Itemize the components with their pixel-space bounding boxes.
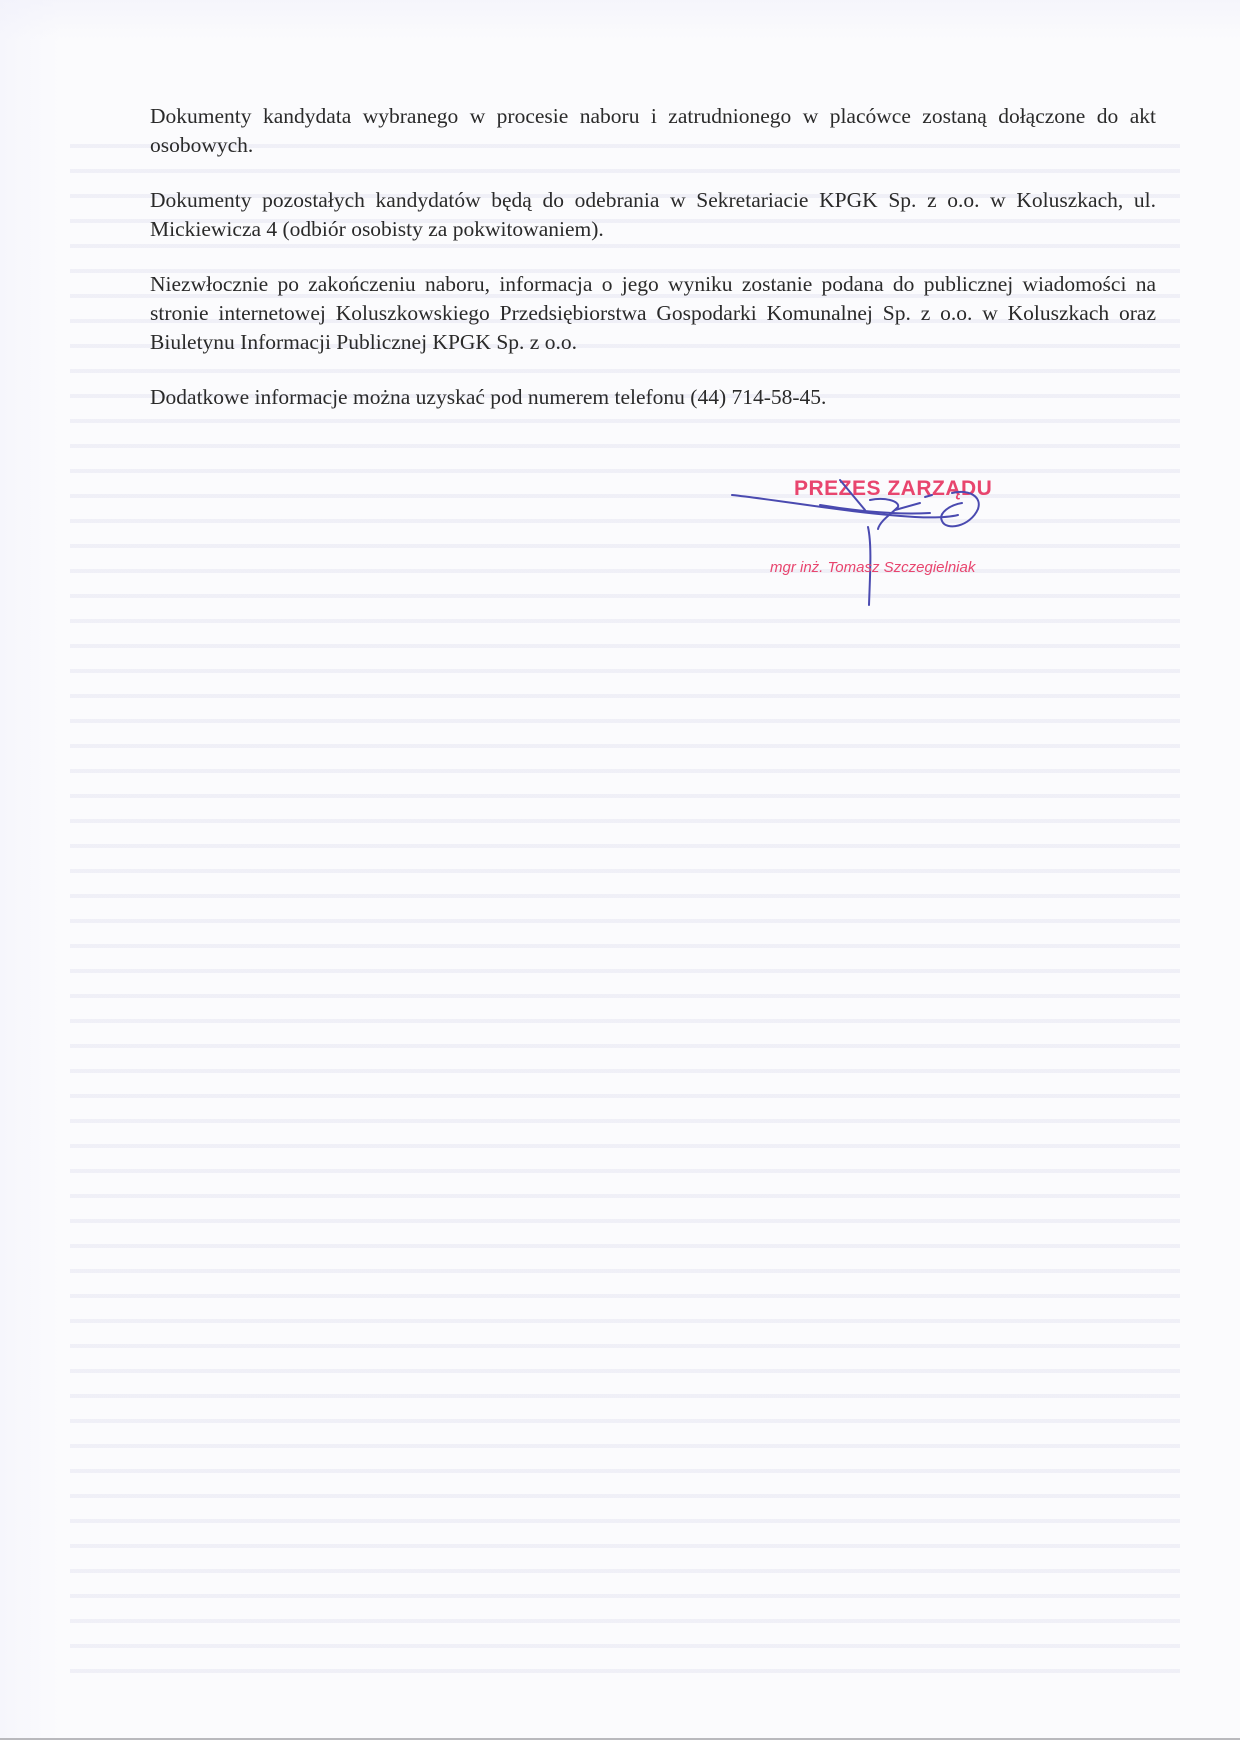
scanned-page: Dokumenty kandydata wybranego w procesie… <box>0 0 1240 1753</box>
signatory-name: mgr inż. Tomasz Szczegielniak <box>770 559 975 576</box>
paragraph-documents-other-candidates: Dokumenty pozostałych kandydatów będą do… <box>150 186 1156 244</box>
paragraph-recruitment-result-info: Niezwłocznie po zakończeniu naboru, info… <box>150 270 1156 357</box>
signature-stamp: PREZES ZARZĄDU mgr inż. Tomasz Szczegiel… <box>760 475 1060 675</box>
paragraph-contact-phone: Dodatkowe informacje można uzyskać pod n… <box>150 383 1156 412</box>
document-body: Dokumenty kandydata wybranego w procesie… <box>150 102 1156 438</box>
paragraph-documents-selected-candidate: Dokumenty kandydata wybranego w procesie… <box>150 102 1156 160</box>
scan-bottom-edge <box>0 1738 1240 1753</box>
